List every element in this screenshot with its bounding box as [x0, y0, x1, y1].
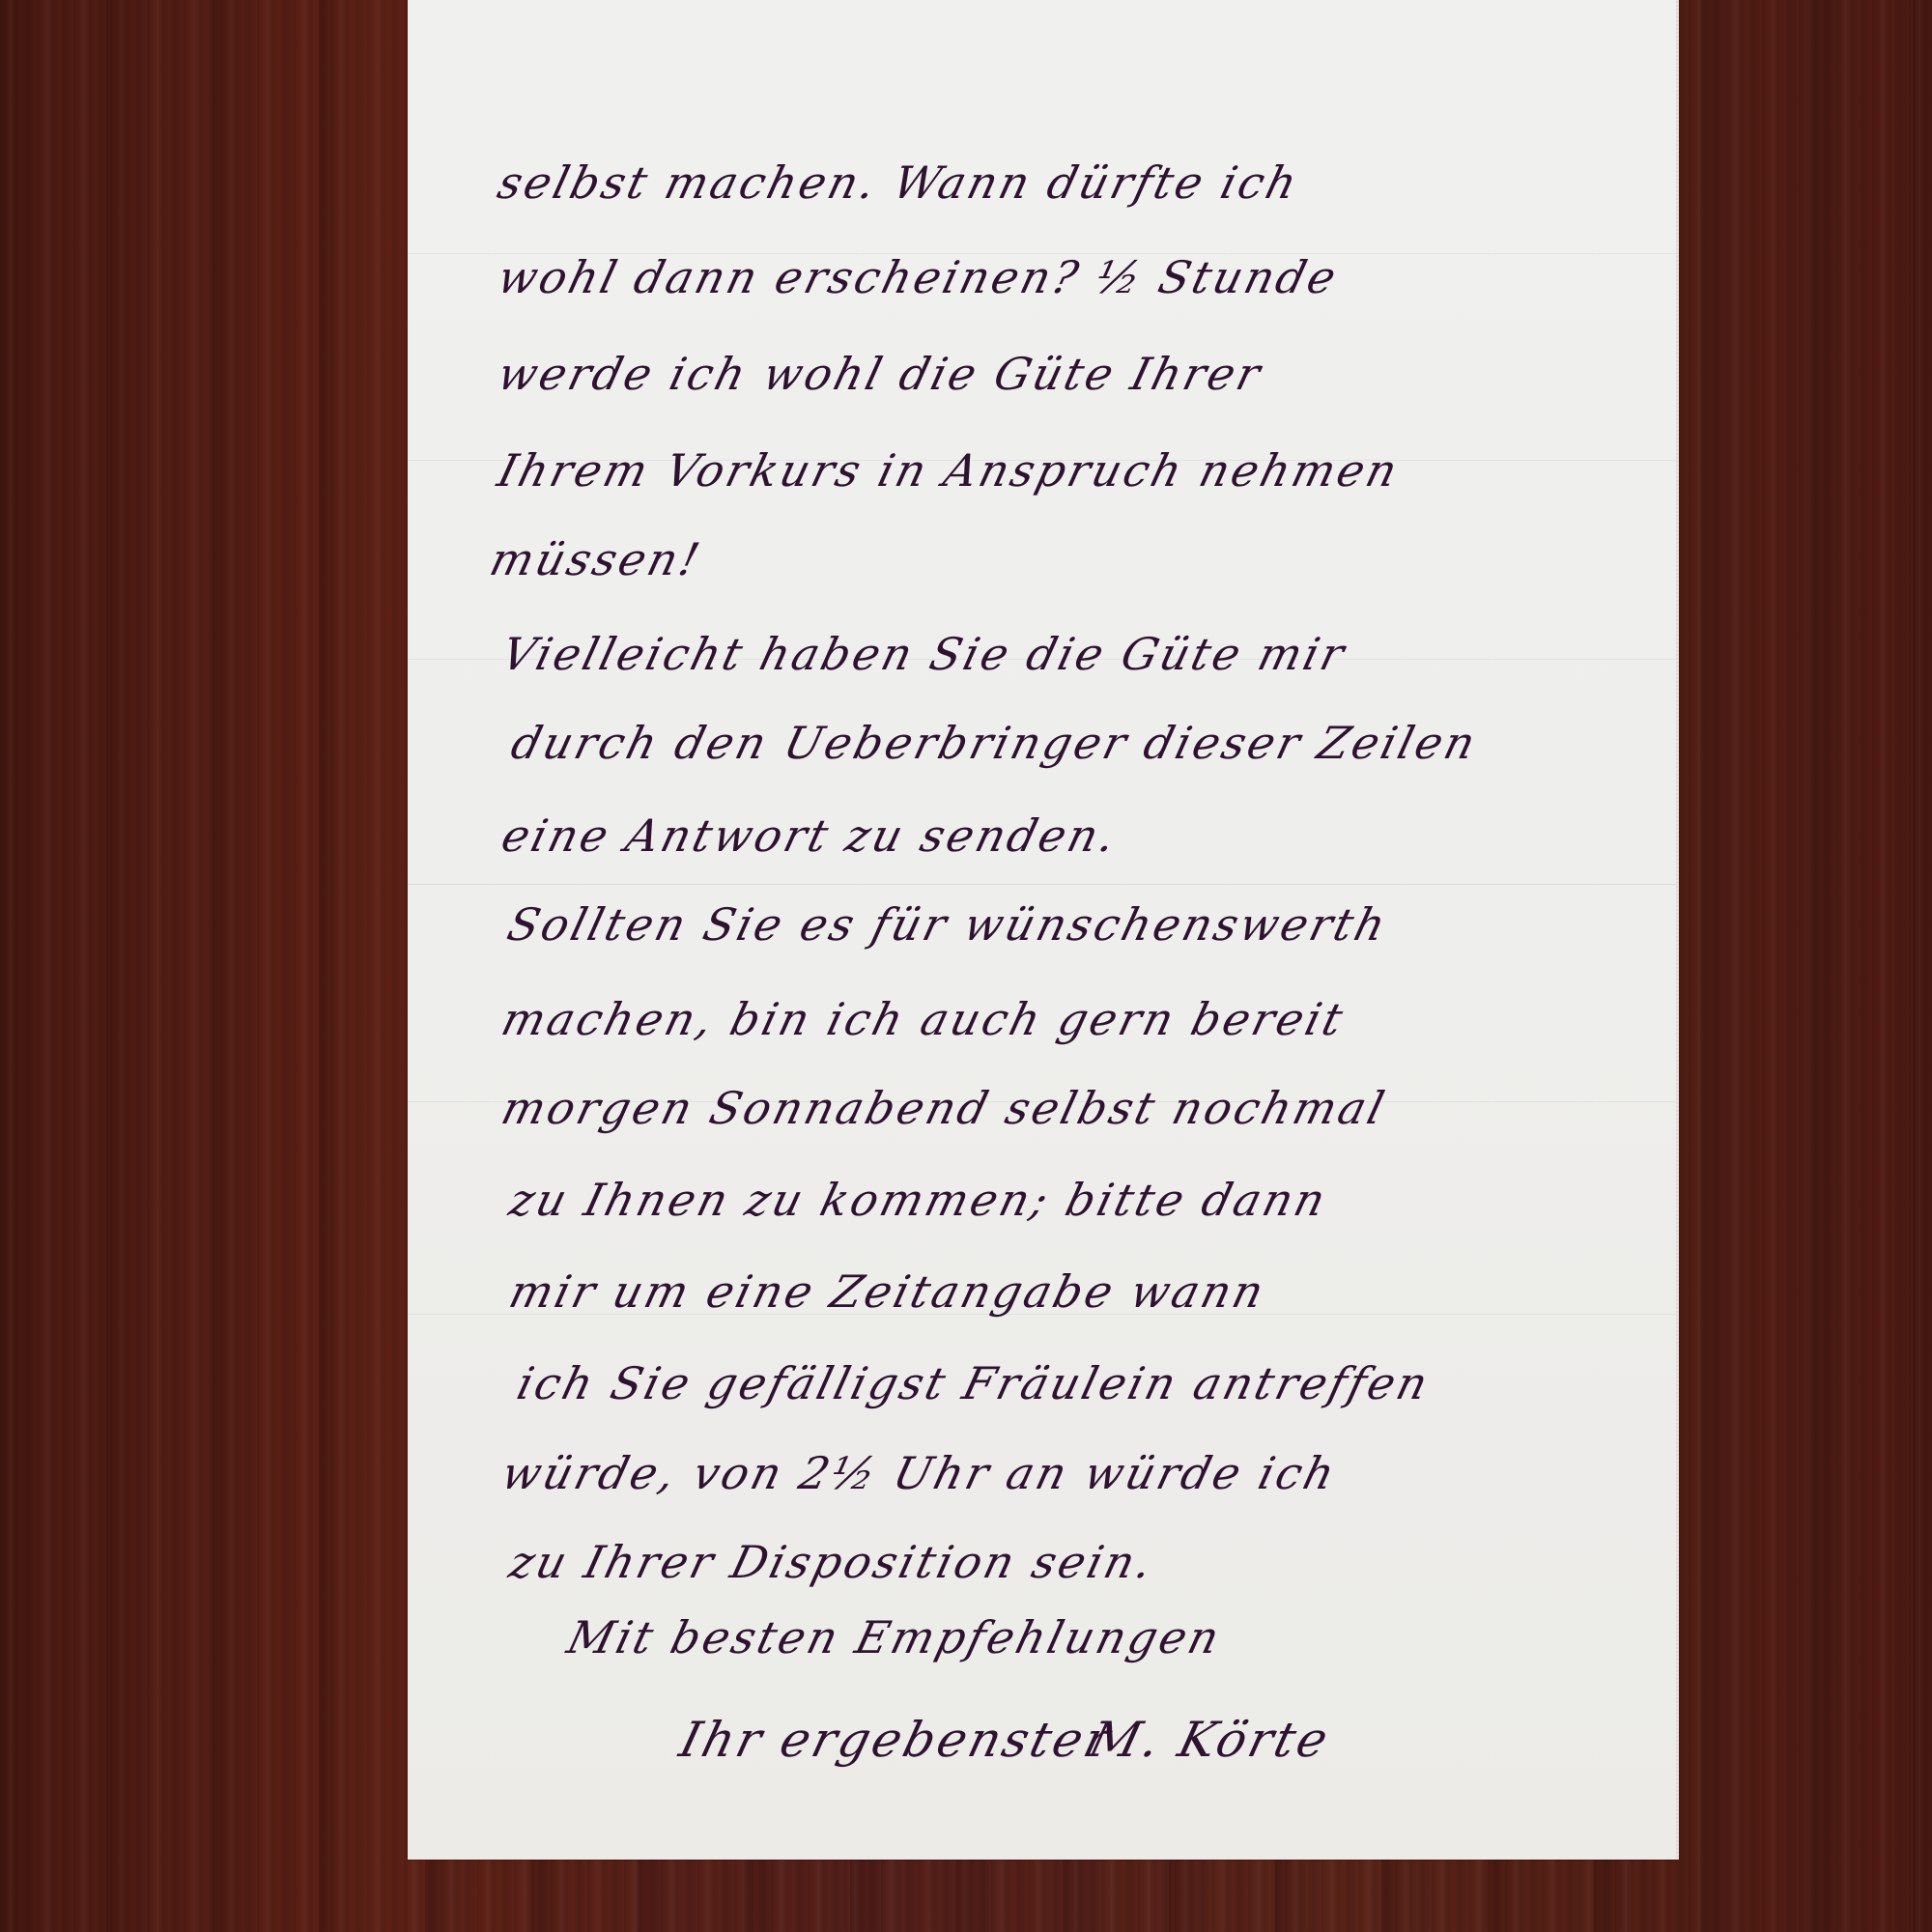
letter-line: selbst machen. Wann dürfte ich [493, 156, 1305, 209]
signature-prefix: Ihr ergebenster [674, 1712, 1118, 1768]
letter-line: Sollten Sie es für wünschenswerth [502, 898, 1394, 951]
letter-line: würde, von 2½ Uhr an würde ich [497, 1447, 1343, 1499]
letter-line: eine Antwort zu senden. [497, 810, 1123, 862]
letter-line: müssen! [485, 533, 707, 585]
letter-line: zu Ihrer Disposition sein. [504, 1536, 1160, 1588]
letter-line: mir um eine Zeitangabe wann [504, 1265, 1271, 1318]
letter-line: zu Ihnen zu kommen; bitte dann [504, 1174, 1333, 1226]
letter-line: morgen Sonnabend selbst nochmal [497, 1082, 1392, 1134]
letter-page: selbst machen. Wann dürfte ich wohl dann… [408, 0, 1677, 1860]
paper-fold-line [408, 884, 1677, 886]
letter-line: Ihrem Vorkurs in Anspruch nehmen [493, 444, 1406, 497]
letter-line: machen, bin ich auch gern bereit [497, 993, 1350, 1045]
signature-name: M. Körte [1084, 1712, 1336, 1768]
letter-closing: Mit besten Empfehlungen [562, 1611, 1227, 1663]
letter-line: durch den Ueberbringer dieser Zeilen [506, 717, 1483, 769]
letter-line: werde ich wohl die Güte Ihrer [493, 348, 1268, 400]
letter-line: ich Sie gefälligst Fräulein antreffen [512, 1357, 1435, 1409]
letter-line: wohl dann erscheinen? ½ Stunde [493, 251, 1344, 303]
letter-line: Vielleicht haben Sie die Güte mir [497, 628, 1352, 680]
